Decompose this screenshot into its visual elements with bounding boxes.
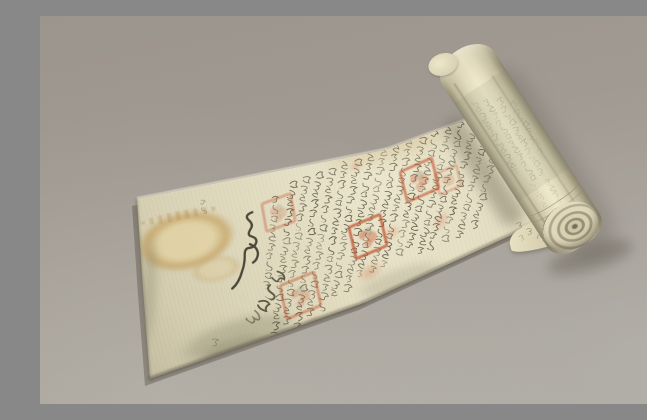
calligraphy-column bbox=[514, 220, 524, 230]
calligraphy-column bbox=[525, 226, 535, 236]
scroll-photograph: Photograph of an antique East Asian hand… bbox=[40, 16, 647, 404]
calligraphy-column bbox=[517, 234, 525, 243]
